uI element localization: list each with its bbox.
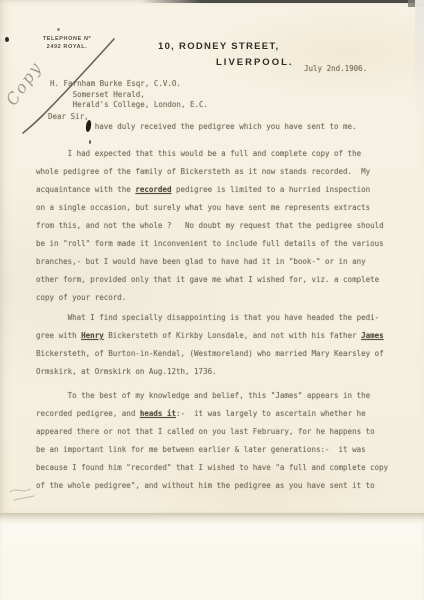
- letter-line: Herald's College, London, E.C.: [50, 100, 208, 111]
- text-segment: What I find specially disappointing is t…: [36, 313, 379, 322]
- body-paragraph-4: To the best of my knowledge and belief, …: [36, 387, 388, 495]
- text-segment: from this, and not the whole ? No doubt …: [36, 221, 384, 230]
- text-segment: Somerset Herald,: [50, 90, 145, 99]
- text-segment: be an important link for me between earl…: [36, 445, 366, 454]
- text-segment: of the whole pedigree", and without him …: [36, 481, 375, 490]
- text-segment: acquaintance with the: [36, 185, 135, 194]
- letter-line: on a single occasion, but surely what yo…: [36, 199, 384, 217]
- letterhead-city: LIVERPOOL.: [216, 57, 294, 68]
- text-segment: Ormskirk, at Ormskirk on Aug.12th, 1736.: [36, 367, 217, 376]
- letterhead-street: 10, RODNEY STREET,: [158, 41, 279, 52]
- letter-line: be in "roll" form made it inconvenient t…: [36, 235, 384, 253]
- text-segment: Herald's College, London, E.C.: [50, 100, 208, 109]
- body-paragraph-1: I have duly received the pedigree which …: [36, 118, 357, 136]
- telephone-line1: TELEPHONE Nº: [28, 36, 106, 44]
- text-segment: whole pedigree of the family of Bickerst…: [36, 167, 370, 176]
- ink-drip: [89, 140, 91, 144]
- ink-speck: [57, 28, 60, 31]
- second-page-edge: [0, 513, 424, 600]
- scan-edge-shadow: [140, 0, 424, 3]
- text-segment: branches,- but I would have been glad to…: [36, 257, 366, 266]
- letter-line: What I find specially disappointing is t…: [36, 309, 384, 327]
- letter-line: be an important link for me between earl…: [36, 441, 388, 459]
- letter-line: other form, provided only that it gave m…: [36, 271, 384, 289]
- text-segment: H. Farnham Burke Esqr, C.V.O.: [50, 79, 181, 88]
- text-segment: Bickersteth, of Burton-in-Kendal, (Westm…: [36, 349, 384, 358]
- text-segment: other form, provided only that it gave m…: [36, 275, 379, 284]
- letter-line: branches,- but I would have been glad to…: [36, 253, 384, 271]
- letter-line: Bickersteth, of Burton-in-Kendal, (Westm…: [36, 345, 384, 363]
- letter-line: acquaintance with the recorded pedigree …: [36, 181, 384, 199]
- body-paragraph-3: What I find specially disappointing is t…: [36, 309, 384, 381]
- letter-line: appeared there or not that I called on y…: [36, 423, 388, 441]
- letter-line: Somerset Herald,: [50, 90, 208, 101]
- text-segment: because I found him "recorded" that I wi…: [36, 463, 388, 472]
- letter-line: To the best of my knowledge and belief, …: [36, 387, 388, 405]
- text-segment: To the best of my knowledge and belief, …: [36, 391, 370, 400]
- ink-speck: [5, 37, 9, 42]
- text-segment: Bickersteth of Kirkby Lonsdale, and not …: [104, 331, 361, 340]
- letter-line: because I found him "recorded" that I wi…: [36, 459, 388, 477]
- letter-line: H. Farnham Burke Esqr, C.V.O.: [50, 79, 208, 90]
- letter-line: gree with Henry Bickersteth of Kirkby Lo…: [36, 327, 384, 345]
- letterhead-telephone: TELEPHONE Nº 2492 ROYAL.: [28, 36, 106, 51]
- letter-line: I have duly received the pedigree which …: [36, 118, 357, 136]
- scan-right-edge: [415, 0, 424, 130]
- underlined-text-segment: James: [361, 331, 384, 340]
- letter-line: whole pedigree of the family of Bickerst…: [36, 163, 384, 181]
- letter-line: copy of your record.: [36, 289, 384, 307]
- telephone-line2: 2492 ROYAL.: [28, 44, 106, 52]
- letter-line: I had expected that this would be a full…: [36, 145, 384, 163]
- underlined-text-segment: Henry: [81, 331, 104, 340]
- text-segment: :- it was largely to ascertain whether h…: [176, 409, 366, 418]
- text-segment: appeared there or not that I called on y…: [36, 427, 375, 436]
- text-segment: I have duly received the pedigree which …: [36, 122, 357, 131]
- text-segment: copy of your record.: [36, 293, 126, 302]
- letter-line: of the whole pedigree", and without him …: [36, 477, 388, 495]
- underlined-text-segment: heads it: [140, 409, 176, 418]
- body-paragraph-2: I had expected that this would be a full…: [36, 145, 384, 307]
- letter-line: from this, and not the whole ? No doubt …: [36, 217, 384, 235]
- letter-line: recorded pedigree, and heads it:- it was…: [36, 405, 388, 423]
- recipient-block: H. Farnham Burke Esqr, C.V.O. Somerset H…: [50, 79, 208, 111]
- text-segment: I had expected that this would be a full…: [36, 149, 361, 158]
- text-segment: on a single occasion, but surely what yo…: [36, 203, 370, 212]
- text-segment: pedigree is limited to a hurried inspect…: [171, 185, 370, 194]
- letter-line: Ormskirk, at Ormskirk on Aug.12th, 1736.: [36, 363, 384, 381]
- text-segment: be in "roll" form made it inconvenient t…: [36, 239, 384, 248]
- text-segment: gree with: [36, 331, 81, 340]
- underlined-text-segment: recorded: [135, 185, 171, 194]
- letter-scan: TELEPHONE Nº 2492 ROYAL. 10, RODNEY STRE…: [0, 0, 424, 600]
- letter-date: July 2nd.1906.: [304, 64, 367, 73]
- text-segment: recorded pedigree, and: [36, 409, 140, 418]
